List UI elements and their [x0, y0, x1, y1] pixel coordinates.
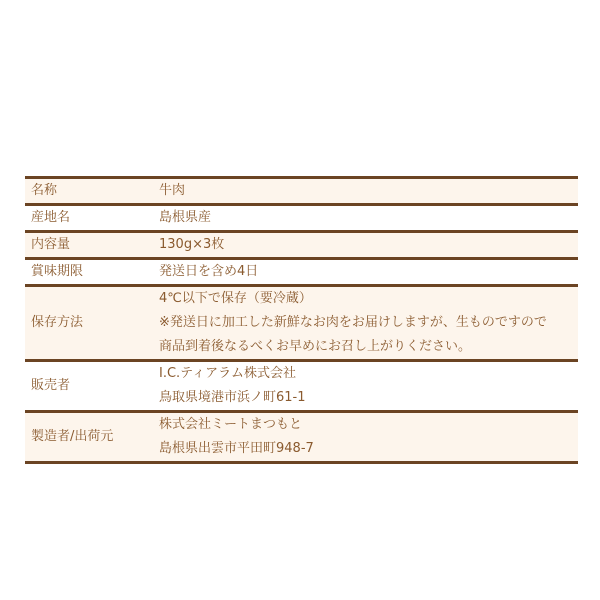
product-spec-table: 名称 牛肉 産地名 島根県産 内容量 130g×3枚 賞味期限 発送日を含め4日… [25, 176, 578, 464]
spec-row-name: 名称 牛肉 [25, 178, 578, 205]
spec-value: 発送日を含め4日 [159, 259, 578, 286]
spec-row-quantity: 内容量 130g×3枚 [25, 232, 578, 259]
spec-value-line: 130g×3枚 [159, 233, 578, 257]
spec-value: 牛肉 [159, 178, 578, 205]
spec-value-line: 商品到着後なるべくお早めにお召し上がりください。 [159, 335, 578, 359]
spec-row-best-before: 賞味期限 発送日を含め4日 [25, 259, 578, 286]
spec-row-seller: 販売者 I.C.ティアラム株式会社 鳥取県境港市浜ノ町61-1 [25, 361, 578, 412]
spec-value-line: 島根県産 [159, 206, 578, 230]
spec-value-line: 株式会社ミートまつもと [159, 413, 578, 437]
spec-row-manufacturer: 製造者/出荷元 株式会社ミートまつもと 島根県出雲市平田町948-7 [25, 412, 578, 463]
spec-value: 130g×3枚 [159, 232, 578, 259]
spec-value: 株式会社ミートまつもと 島根県出雲市平田町948-7 [159, 412, 578, 463]
spec-value-line: ※発送日に加工した新鮮なお肉をお届けしますが、生ものですので [159, 311, 578, 335]
spec-label: 産地名 [25, 205, 159, 232]
spec-value-line: 島根県出雲市平田町948-7 [159, 437, 578, 461]
spec-label: 製造者/出荷元 [25, 412, 159, 463]
spec-row-origin: 産地名 島根県産 [25, 205, 578, 232]
spec-value-line: 鳥取県境港市浜ノ町61-1 [159, 386, 578, 410]
spec-label: 名称 [25, 178, 159, 205]
spec-label: 販売者 [25, 361, 159, 412]
spec-value: 4℃以下で保存（要冷蔵） ※発送日に加工した新鮮なお肉をお届けしますが、生もので… [159, 286, 578, 361]
spec-value-line: 発送日を含め4日 [159, 260, 578, 284]
spec-label: 賞味期限 [25, 259, 159, 286]
spec-label: 保存方法 [25, 286, 159, 361]
spec-value-line: I.C.ティアラム株式会社 [159, 362, 578, 386]
spec-value: 島根県産 [159, 205, 578, 232]
spec-value-line: 牛肉 [159, 179, 578, 203]
spec-row-storage: 保存方法 4℃以下で保存（要冷蔵） ※発送日に加工した新鮮なお肉をお届けしますが… [25, 286, 578, 361]
spec-value: I.C.ティアラム株式会社 鳥取県境港市浜ノ町61-1 [159, 361, 578, 412]
spec-label: 内容量 [25, 232, 159, 259]
spec-value-line: 4℃以下で保存（要冷蔵） [159, 287, 578, 311]
